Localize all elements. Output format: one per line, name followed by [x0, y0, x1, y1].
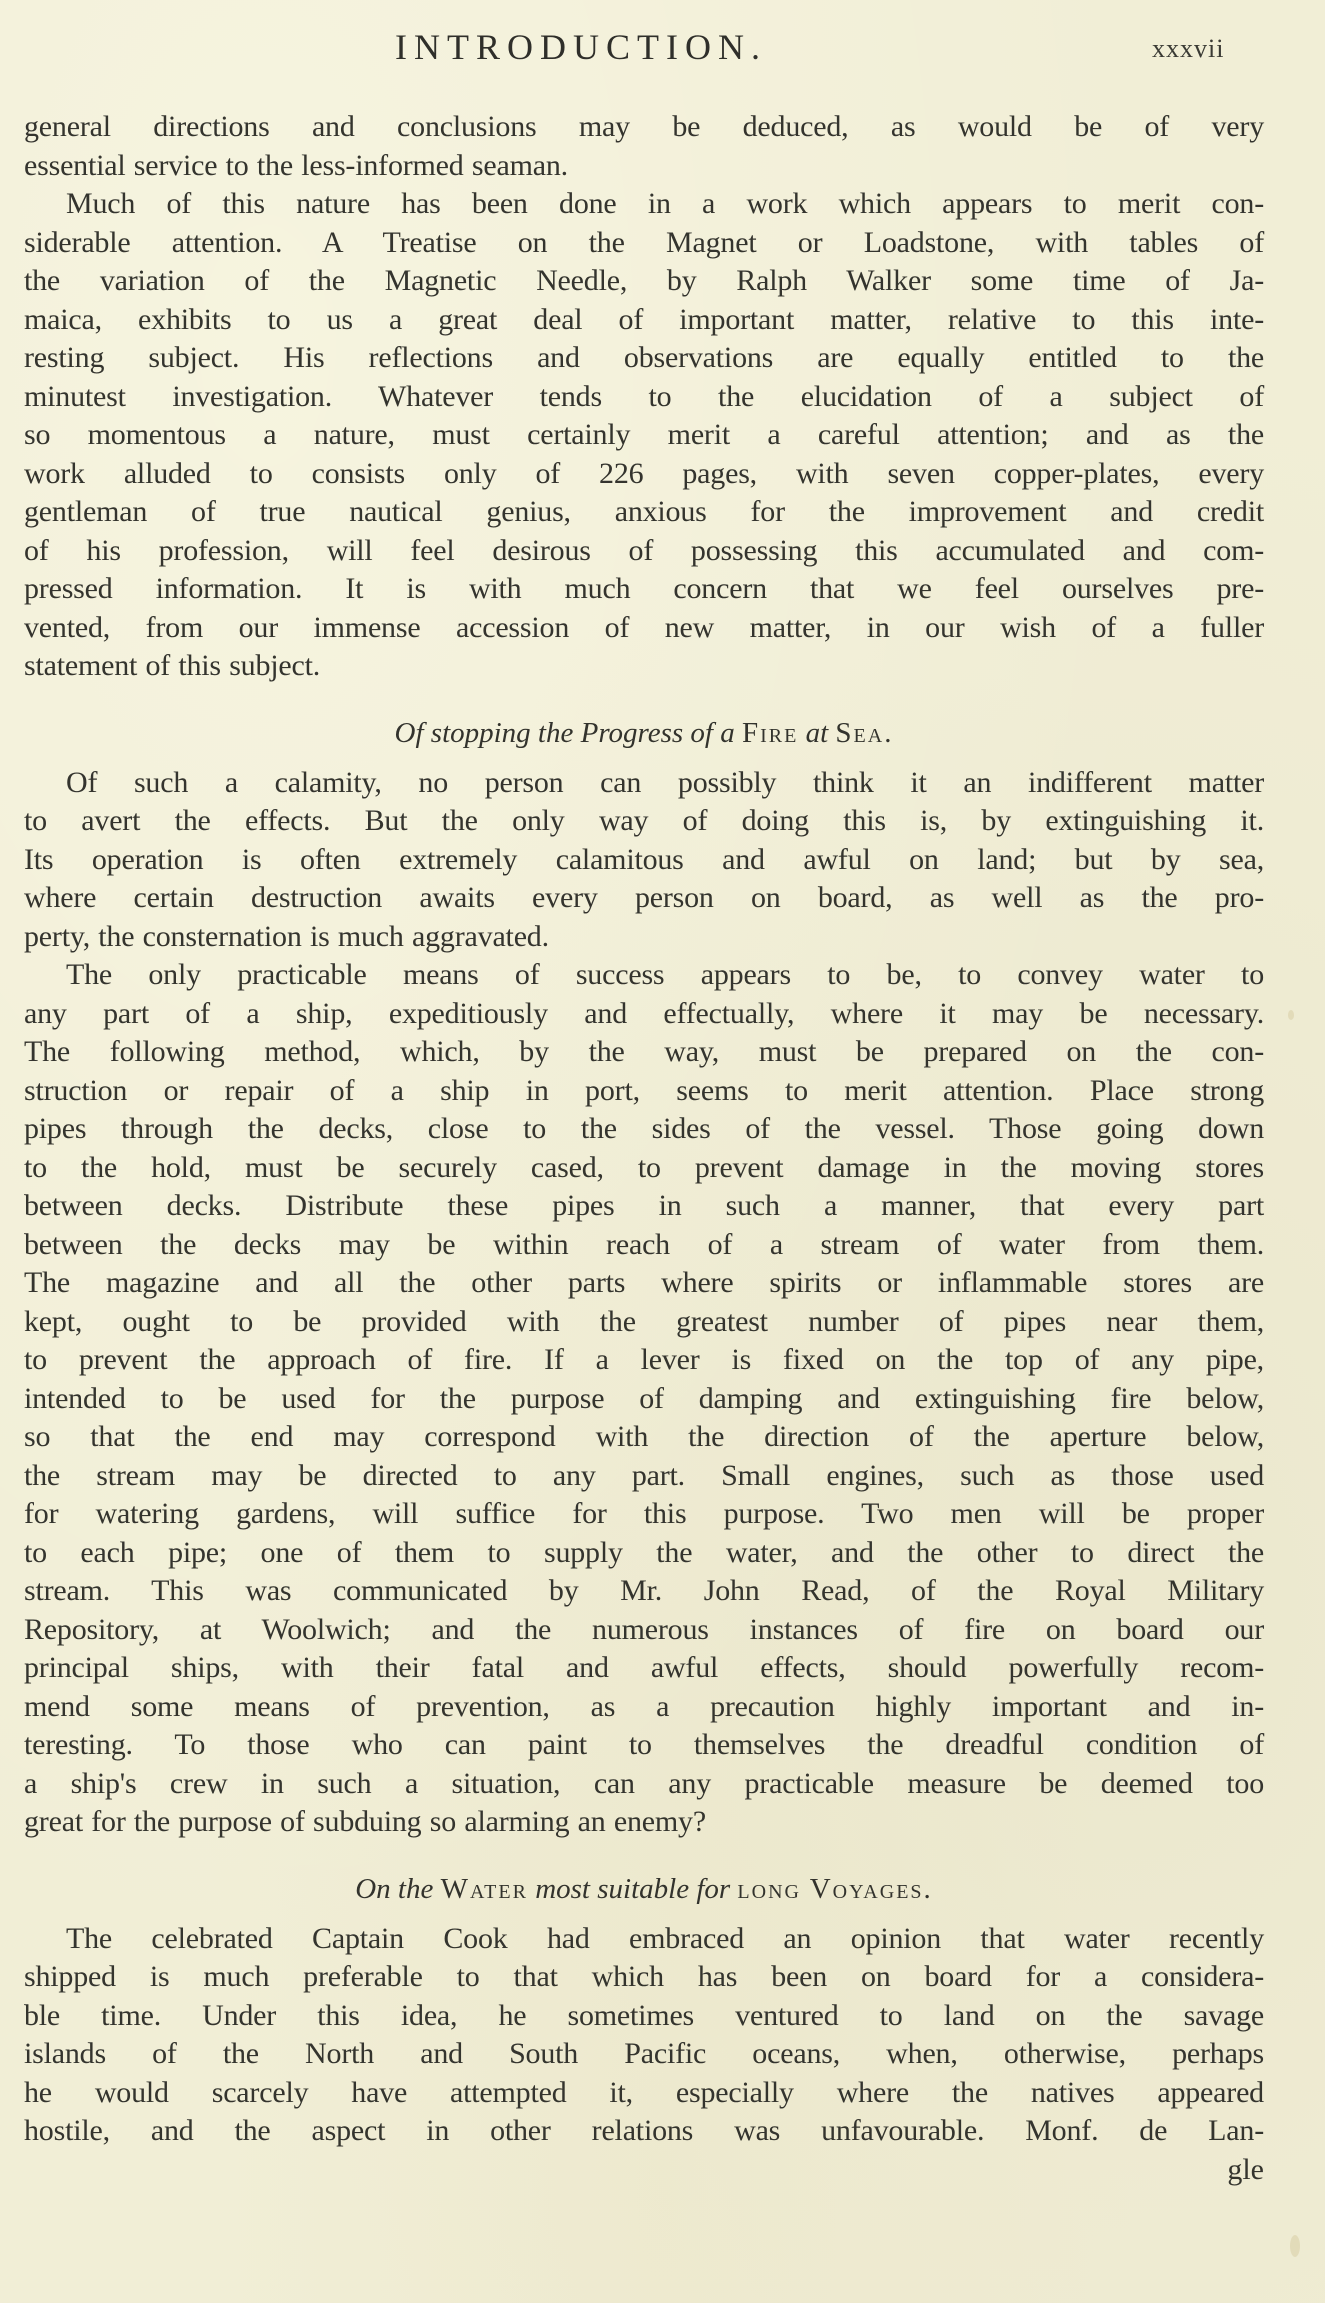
text-line: for watering gardens, will suffice for t… — [24, 1495, 1264, 1534]
text-line: essential service to the less-informed s… — [24, 147, 1264, 186]
heading-text: Of stopping the Progress of a — [395, 717, 735, 749]
text-line: intended to be used for the purpose of d… — [24, 1380, 1264, 1419]
text-line: The celebrated Captain Cook had embraced… — [24, 1920, 1264, 1959]
heading-text: most suitable for — [535, 1873, 730, 1905]
text-line: teresting. To those who can paint to the… — [24, 1726, 1264, 1765]
text-line: resting subject. His reflections and obs… — [24, 339, 1264, 378]
heading-text: at — [806, 717, 829, 749]
text-line: perty, the consternation is much aggrava… — [24, 918, 1264, 957]
paragraph-captain-cook: The celebrated Captain Cook had embraced… — [24, 1920, 1264, 2151]
text-line: The following method, which, by the way,… — [24, 1033, 1264, 1072]
paper-stain — [1290, 2235, 1300, 2257]
heading-text: Fire — [742, 717, 798, 749]
body-text: general directions and conclusions may b… — [24, 108, 1264, 2189]
text-line: Its operation is often extremely calamit… — [24, 841, 1264, 880]
text-line: the stream may be directed to any part. … — [24, 1457, 1264, 1496]
text-line: of his profession, will feel desirous of… — [24, 532, 1264, 571]
paragraph-continuation: general directions and conclusions may b… — [24, 108, 1264, 185]
text-line: siderable attention. A Treatise on the M… — [24, 224, 1264, 263]
text-line: kept, ought to be provided with the grea… — [24, 1303, 1264, 1342]
text-line: work alluded to consists only of 226 pag… — [24, 455, 1264, 494]
text-line: where certain destruction awaits every p… — [24, 879, 1264, 918]
heading-text: long Voyages. — [737, 1873, 932, 1905]
text-line: between the decks may be within reach of… — [24, 1226, 1264, 1265]
paragraph-calamity: Of such a calamity, no person can possib… — [24, 764, 1264, 957]
text-line: vented, from our immense accession of ne… — [24, 609, 1264, 648]
catchword: gle — [24, 2151, 1264, 2189]
section-heading-water-long-voyages: On the Water most suitable for long Voya… — [24, 1860, 1264, 1918]
heading-text: On the — [355, 1873, 433, 1905]
text-line: The magazine and all the other parts whe… — [24, 1264, 1264, 1303]
text-line: gentleman of true nautical genius, anxio… — [24, 493, 1264, 532]
text-line: principal ships, with their fatal and aw… — [24, 1649, 1264, 1688]
text-line: he would scarcely have attempted it, esp… — [24, 2074, 1264, 2113]
text-line: shipped is much preferable to that which… — [24, 1958, 1264, 1997]
text-line: Much of this nature has been done in a w… — [24, 185, 1264, 224]
section-heading-fire-at-sea: Of stopping the Progress of a Fire at Se… — [24, 704, 1264, 762]
text-line: great for the purpose of subduing so ala… — [24, 1803, 1264, 1842]
text-line: the variation of the Magnetic Needle, by… — [24, 262, 1264, 301]
text-line: to the hold, must be securely cased, to … — [24, 1149, 1264, 1188]
running-title: INTRODUCTION. — [395, 26, 767, 68]
text-line: to prevent the approach of fire. If a le… — [24, 1341, 1264, 1380]
text-line: maica, exhibits to us a great deal of im… — [24, 301, 1264, 340]
book-page: INTRODUCTION. xxxvii general directions … — [0, 0, 1325, 2303]
text-line: stream. This was communicated by Mr. Joh… — [24, 1572, 1264, 1611]
text-line: minutest investigation. Whatever tends t… — [24, 378, 1264, 417]
text-line: between decks. Distribute these pipes in… — [24, 1187, 1264, 1226]
text-line: a ship's crew in such a situation, can a… — [24, 1765, 1264, 1804]
text-line: general directions and conclusions may b… — [24, 108, 1264, 147]
text-line: any part of a ship, expeditiously and ef… — [24, 995, 1264, 1034]
text-line: mend some means of prevention, as a prec… — [24, 1688, 1264, 1727]
text-line: The only practicable means of success ap… — [24, 956, 1264, 995]
text-line: islands of the North and South Pacific o… — [24, 2035, 1264, 2074]
text-line: statement of this subject. — [24, 647, 1264, 686]
text-line: Repository, at Woolwich; and the numerou… — [24, 1611, 1264, 1650]
running-head: INTRODUCTION. xxxvii — [0, 26, 1325, 76]
text-line: pipes through the decks, close to the si… — [24, 1110, 1264, 1149]
text-line: to each pipe; one of them to supply the … — [24, 1534, 1264, 1573]
paragraph-treatise-magnet: Much of this nature has been done in a w… — [24, 185, 1264, 686]
text-line: Of such a calamity, no person can possib… — [24, 764, 1264, 803]
heading-text: Sea. — [835, 717, 893, 749]
paragraph-pipes-method: The only practicable means of success ap… — [24, 956, 1264, 1842]
text-line: struction or repair of a ship in port, s… — [24, 1072, 1264, 1111]
text-line: hostile, and the aspect in other relatio… — [24, 2112, 1264, 2151]
paper-stain — [1288, 1010, 1294, 1020]
heading-text: Water — [441, 1873, 528, 1905]
text-line: pressed information. It is with much con… — [24, 570, 1264, 609]
text-line: so momentous a nature, must certainly me… — [24, 416, 1264, 455]
text-line: so that the end may correspond with the … — [24, 1418, 1264, 1457]
page-number: xxxvii — [1152, 34, 1224, 64]
text-line: ble time. Under this idea, he sometimes … — [24, 1997, 1264, 2036]
text-line: to avert the effects. But the only way o… — [24, 802, 1264, 841]
